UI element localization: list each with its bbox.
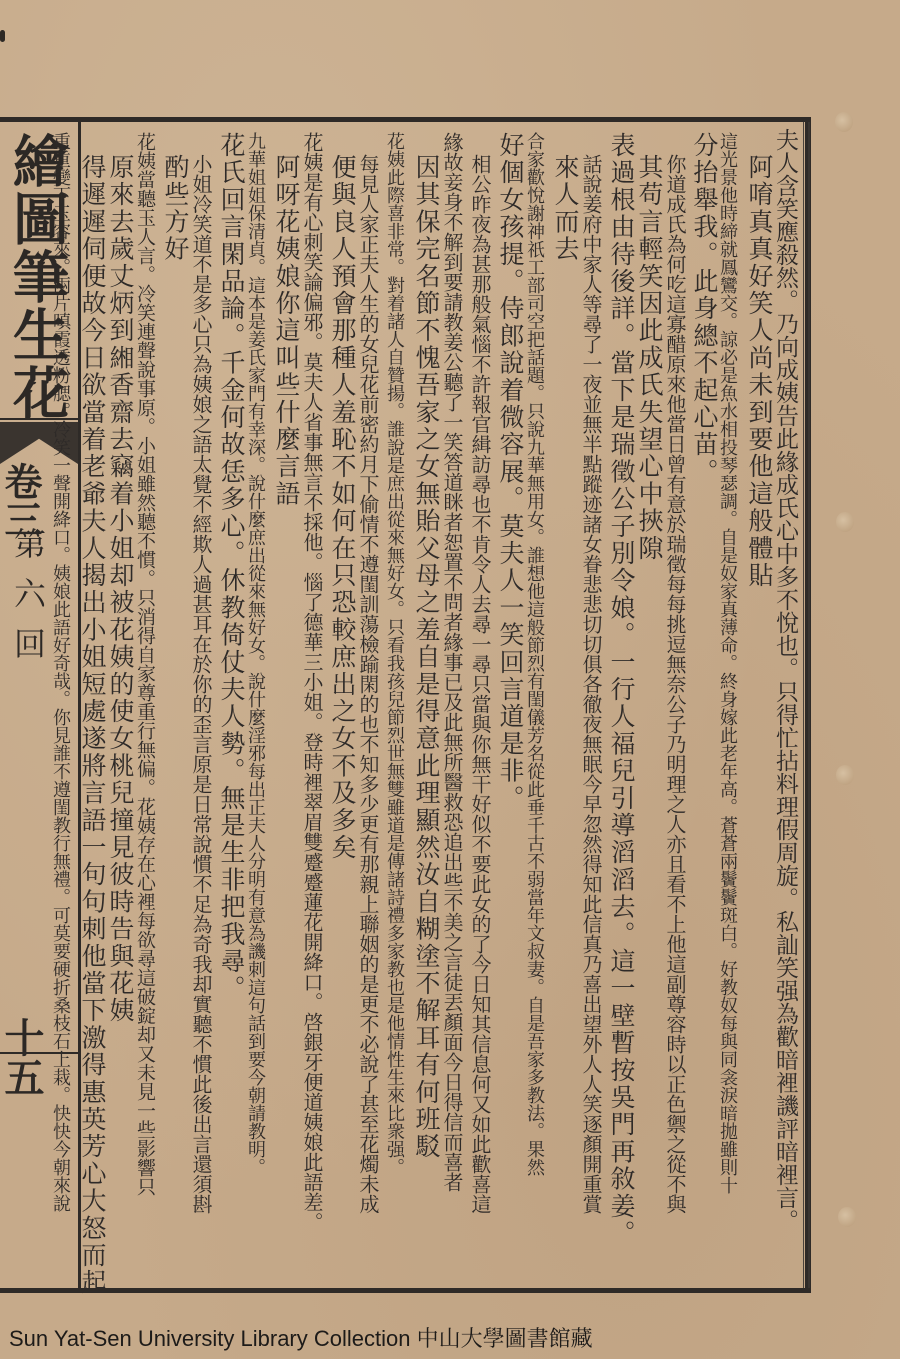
frame-inner-rule	[808, 122, 810, 1288]
text-column: 來人而去	[552, 154, 579, 263]
text-column: 相公昨夜為甚那般氣惱不許報官緝訪尋也不肯令人去尋一尋只當與你無干好似不要此女的了…	[469, 154, 490, 1214]
text-column: 阿唷真真好笑人尚未到要他這般體貼	[746, 154, 773, 589]
text-column: 分抬舉我。此身總不起心苗。	[691, 132, 718, 486]
binding-hole	[836, 512, 854, 532]
text-column: 表過根由待後詳。當下是瑞徵公子別令娘。一行人福兒引導滔滔去。這一壁暫按吳門再敘姜…	[608, 132, 635, 1247]
text-column: 花姨當聽玉人言。冷笑連聲說事原。小姐雖然聽不慣。只消得自家尊重行無偏。花姨存在心…	[135, 132, 155, 1196]
ink-stain	[0, 30, 5, 42]
text-column: 重重變下玉容來。兩片嗔霞透粉腮。冷笑一聲開絳口。姨娘此語好奇哉。你見誰不遵閨教行…	[51, 132, 70, 1212]
text-column: 這光景他時締就鳳鸞交。諒必是魚水相投琴瑟調。自是奴家真薄命。終身嫁此老年高。蒼蒼…	[718, 132, 737, 1194]
chapter-label: 第六回	[8, 527, 48, 677]
binding-hole	[836, 765, 854, 785]
text-column: 其苟言輕笑因此成氏失望心中挾隙	[636, 154, 663, 562]
page-number: 十五	[0, 1017, 50, 1097]
text-column: 你道成氏為何吃這寡醋原來他當日曾有意於瑞徵每每挑逗無奈公子乃明理之人亦且看不上他…	[664, 154, 685, 1214]
text-column: 原來去歲丈炳到緗香齋去竊着小姐却被花姨的使女桃兒撞見彼時告與花姨	[107, 154, 134, 1024]
text-column: 小姐冷笑道不是多心只為姨娘之語太覺不經欺人過甚耳在於你的歪言原是日常說慣不足為奇…	[190, 154, 211, 1214]
text-column: 花姨此際喜非常。對着諸人自贊揚。誰說是庶出從來無好女。只看我孩兒節烈世無雙雖道是…	[385, 132, 404, 1176]
text-column: 便與良人預會那種人羞恥不如何在只恐較庶出之女不及多矣	[329, 154, 356, 861]
text-column: 阿呀花姨娘你這叫些什麼言語	[273, 154, 300, 508]
text-column: 因其保完名節不愧吾家之女無貽父母之羞自是得意此理顯然汝自糊塗不解耳有何班駁	[413, 154, 440, 1160]
text-column: 夫人含笑應殺然。乃向成姨告此緣成氏心中多不悅也。只得忙拈料理假周旋。私訕笑强為歡…	[773, 128, 797, 1232]
text-column: 緣故妾身不解到要請教姜公聽了一笑答道眯者恕置不問者緣事已及此無所醫救恐追出些不美…	[441, 132, 462, 1192]
text-column: 得遲遲伺便故今日欲當着老爺夫人揭出小姐短處遂將言語一句句刺他當下激得惠英芳心大怒…	[79, 154, 106, 1296]
text-column: 合家歡悅謝神祇工部司空把話題。只說九華無用女。誰想他這般節烈有閨儀芳名從此垂千古…	[525, 132, 544, 1176]
text-column: 九華姐姐保清貞。這本是姜氏家門有幸深。說什麼庶出從來無好女。說什麼淫邪每出正夫人…	[246, 132, 265, 1176]
binding-hole	[838, 1207, 856, 1227]
text-column: 每見人家正夫人生的女兒花前密約月下偷情不遵閨訓蕩檢踰閑的也不知多少更有那親上聯姻…	[357, 154, 378, 1214]
text-column: 話說姜府中家人等尋了一夜並無半點蹤迹諸女眷悲悲切切俱各徹夜無眠今早忽然得知此信真…	[580, 154, 601, 1214]
text-column: 花氏回言閑品論。千金何故恁多心。休教倚仗夫人勢。無是生非把我尋。	[218, 132, 245, 1002]
caption-chinese: 中山大學圖書館藏	[417, 1327, 593, 1352]
text-column: 酌些方好	[162, 154, 189, 263]
text-column: 好個女孩提。侍郎說着微容展。莫夫人一笑回言道是非。	[497, 132, 524, 812]
caption-english: Sun Yat-Sen University Library Collectio…	[9, 1326, 410, 1351]
text-column: 花姨是有心刺笑論偏邪。莫夫人省事無言不採他。惱了德華三小姐。登時裡翠眉雙蹙蹙蓮花…	[301, 132, 322, 1232]
frame-inner-rule-thin	[803, 122, 804, 1288]
binding-hole	[835, 112, 853, 132]
collection-caption: Sun Yat-Sen University Library Collectio…	[9, 1322, 593, 1353]
